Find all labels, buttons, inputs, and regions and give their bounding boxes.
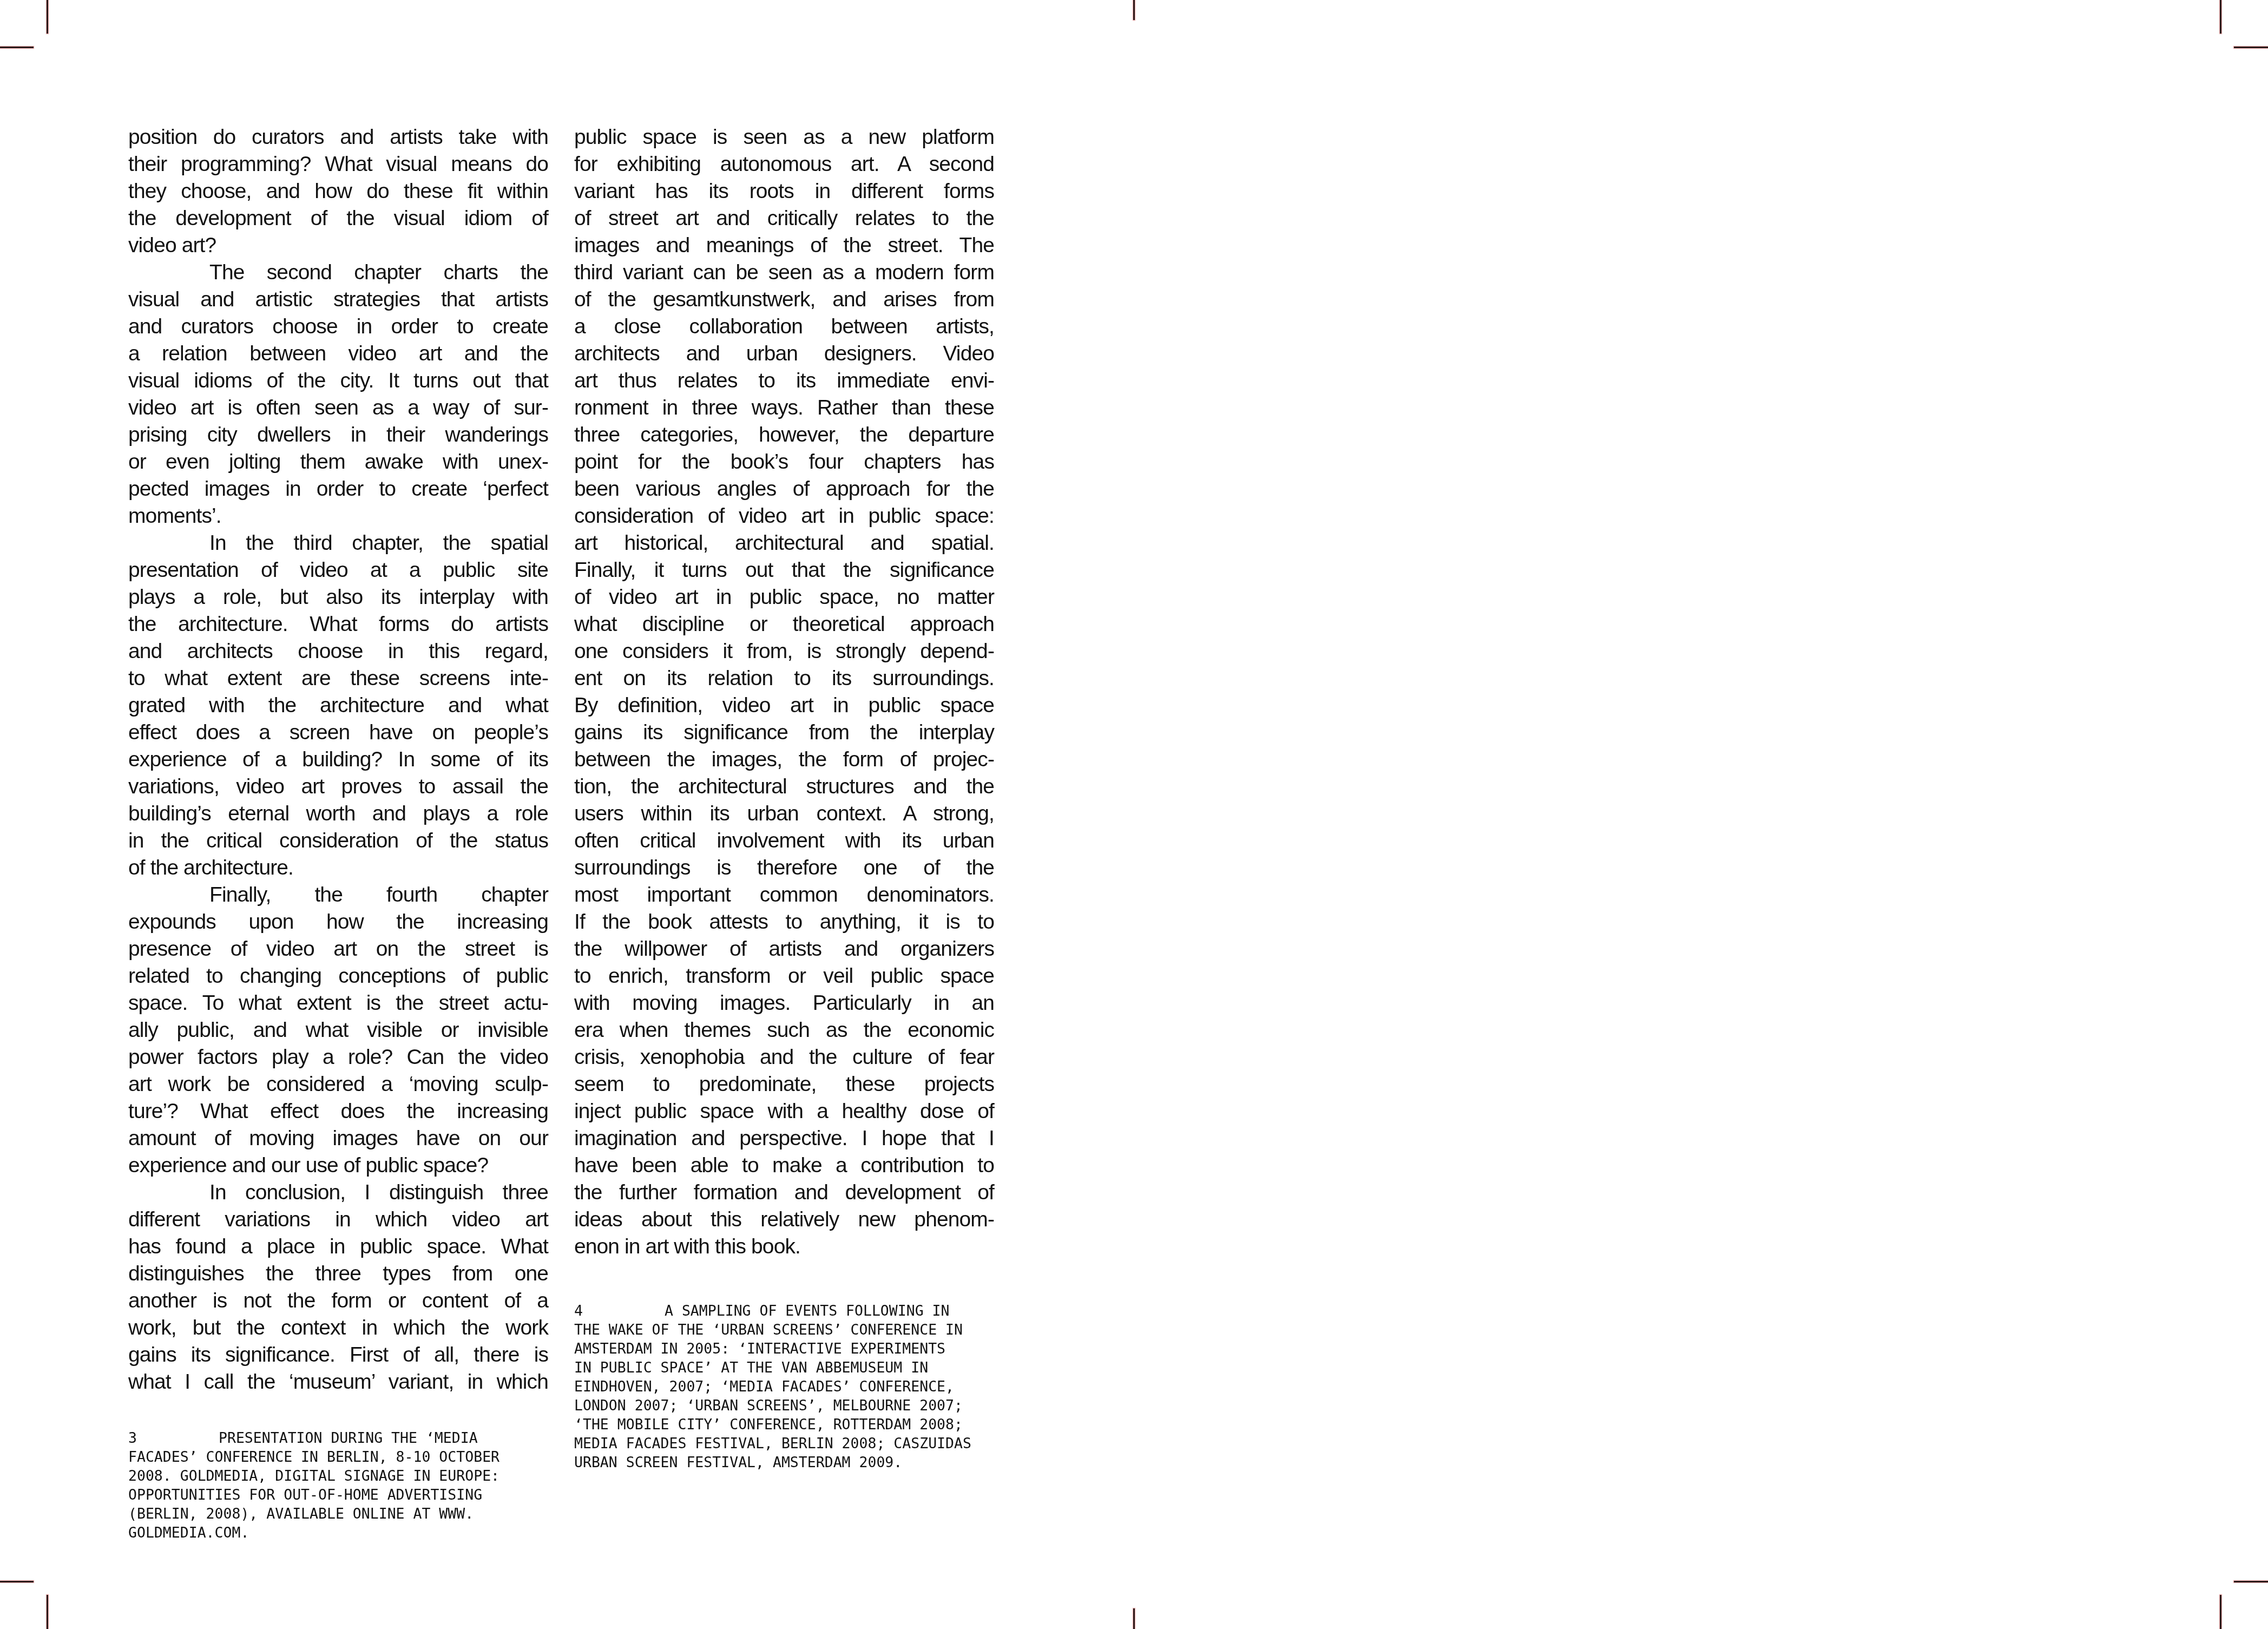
text-line: architects and urban designers. Video xyxy=(574,340,994,367)
left-text-column: position do curators and artists take wi… xyxy=(128,124,548,1396)
crop-mark-bottom-right-horizontal xyxy=(2234,1581,2268,1582)
text-line: Finally, it turns out that the significa… xyxy=(574,557,994,584)
footnote-line: EINDHOVEN, 2007; ‘MEDIA FACADES’ CONFERE… xyxy=(574,1377,994,1396)
text-line: been various angles of approach for the xyxy=(574,476,994,503)
text-line: visual idioms of the city. It turns out … xyxy=(128,367,548,395)
text-line: In the third chapter, the spatial xyxy=(128,530,548,557)
text-line: building’s eternal worth and plays a rol… xyxy=(128,800,548,827)
text-line: images and meanings of the street. The xyxy=(574,232,994,259)
text-line: experience of a building? In some of its xyxy=(128,746,548,773)
text-line: and curators choose in order to create xyxy=(128,313,548,340)
text-line: has found a place in public space. What xyxy=(128,1233,548,1260)
crop-mark-top-right-vertical xyxy=(2220,0,2221,34)
text-line: power factors play a role? Can the video xyxy=(128,1044,548,1071)
text-line: space. To what extent is the street actu… xyxy=(128,990,548,1017)
text-line: what discipline or theoretical approach xyxy=(574,611,994,638)
text-line: for exhibiting autonomous art. A second xyxy=(574,151,994,178)
text-line: By definition, video art in public space xyxy=(574,692,994,719)
text-line: era when themes such as the economic xyxy=(574,1017,994,1044)
text-line: between the images, the form of projec- xyxy=(574,746,994,773)
text-line: imagination and perspective. I hope that… xyxy=(574,1125,994,1152)
text-line: prising city dwellers in their wandering… xyxy=(128,422,548,449)
text-line: enon in art with this book. xyxy=(574,1233,994,1260)
text-line: or even jolting them awake with unex- xyxy=(128,449,548,476)
text-line: a relation between video art and the xyxy=(128,340,548,367)
text-line: in the critical consideration of the sta… xyxy=(128,827,548,855)
text-line: the development of the visual idiom of xyxy=(128,205,548,232)
crop-mark-bottom-left-vertical xyxy=(47,1595,48,1629)
footnote-number: 4 xyxy=(574,1302,665,1321)
footnote-line: 4A SAMPLING OF EVENTS FOLLOWING IN xyxy=(574,1302,994,1321)
text-line: experience and our use of public space? xyxy=(128,1152,548,1179)
footnote-line: AMSTERDAM IN 2005: ‘INTERACTIVE EXPERIME… xyxy=(574,1339,994,1358)
text-line: Finally, the fourth chapter xyxy=(128,882,548,909)
footnote-line: (BERLIN, 2008), AVAILABLE ONLINE AT WWW. xyxy=(128,1505,548,1523)
text-line: seem to predominate, these projects xyxy=(574,1071,994,1098)
text-line: art historical, architectural and spatia… xyxy=(574,530,994,557)
text-line: inject public space with a healthy dose … xyxy=(574,1098,994,1125)
footnote-line: URBAN SCREEN FESTIVAL, AMSTERDAM 2009. xyxy=(574,1453,994,1472)
text-line: ideas about this relatively new phenom- xyxy=(574,1206,994,1233)
text-line: gains its significance. First of all, th… xyxy=(128,1342,548,1369)
text-line: tion, the architectural structures and t… xyxy=(574,773,994,800)
text-line: the further formation and development of xyxy=(574,1179,994,1206)
footnote-line: 2008. GOLDMEDIA, DIGITAL SIGNAGE IN EURO… xyxy=(128,1467,548,1486)
text-line: variations, video art proves to assail t… xyxy=(128,773,548,800)
footnote-line: FACADES’ CONFERENCE IN BERLIN, 8-10 OCTO… xyxy=(128,1448,548,1467)
text-line: work, but the context in which the work xyxy=(128,1315,548,1342)
footnote-line: GOLDMEDIA.COM. xyxy=(128,1523,548,1542)
text-line: In conclusion, I distinguish three xyxy=(128,1179,548,1206)
text-line: of video art in public space, no matter xyxy=(574,584,994,611)
text-line: The second chapter charts the xyxy=(128,259,548,286)
text-line: a close collaboration between artists, xyxy=(574,313,994,340)
footnote-3: 3PRESENTATION DURING THE ‘MEDIA FACADES’… xyxy=(128,1429,548,1542)
crop-mark-top-left-horizontal xyxy=(0,47,34,48)
text-line: presence of video art on the street is xyxy=(128,936,548,963)
text-line: presentation of video at a public site xyxy=(128,557,548,584)
text-line: ally public, and what visible or invisib… xyxy=(128,1017,548,1044)
text-line: consideration of video art in public spa… xyxy=(574,503,994,530)
footnote-line: THE WAKE OF THE ‘URBAN SCREENS’ CONFEREN… xyxy=(574,1321,994,1339)
text-line: video art is often seen as a way of sur- xyxy=(128,395,548,422)
text-line: crisis, xenophobia and the culture of fe… xyxy=(574,1044,994,1071)
text-line: their programming? What visual means do xyxy=(128,151,548,178)
footnote-number: 3 xyxy=(128,1429,219,1448)
text-line: public space is seen as a new platform xyxy=(574,124,994,151)
crop-mark-bottom-right-vertical xyxy=(2220,1595,2221,1629)
text-line: the willpower of artists and organizers xyxy=(574,936,994,963)
text-line: to what extent are these screens inte- xyxy=(128,665,548,692)
footnote-line: MEDIA FACADES FESTIVAL, BERLIN 2008; CAS… xyxy=(574,1434,994,1453)
text-line: and architects choose in this regard, xyxy=(128,638,548,665)
text-line: one considers it from, is strongly depen… xyxy=(574,638,994,665)
text-line: of street art and critically relates to … xyxy=(574,205,994,232)
text-line: of the architecture. xyxy=(128,855,548,882)
crop-mark-bottom-center xyxy=(1133,1608,1135,1629)
text-line: ture’? What effect does the increasing xyxy=(128,1098,548,1125)
footnote-line: ‘THE MOBILE CITY’ CONFERENCE, ROTTERDAM … xyxy=(574,1415,994,1434)
text-line: moments’. xyxy=(128,503,548,530)
text-line: plays a role, but also its interplay wit… xyxy=(128,584,548,611)
text-line: variant has its roots in different forms xyxy=(574,178,994,205)
text-line: If the book attests to anything, it is t… xyxy=(574,909,994,936)
text-line: users within its urban context. A strong… xyxy=(574,800,994,827)
text-line: the architecture. What forms do artists xyxy=(128,611,548,638)
crop-mark-top-center xyxy=(1133,0,1135,20)
footnote-4: 4A SAMPLING OF EVENTS FOLLOWING IN THE W… xyxy=(574,1302,994,1472)
text-line: effect does a screen have on people’s xyxy=(128,719,548,746)
text-line: art work be considered a ‘moving sculp- xyxy=(128,1071,548,1098)
text-line: ent on its relation to its surroundings. xyxy=(574,665,994,692)
text-line: position do curators and artists take wi… xyxy=(128,124,548,151)
crop-mark-bottom-left-horizontal xyxy=(0,1581,34,1582)
right-text-column: public space is seen as a new platformfo… xyxy=(574,124,994,1260)
text-line: what I call the ‘museum’ variant, in whi… xyxy=(128,1369,548,1396)
text-line: three categories, however, the departure xyxy=(574,422,994,449)
text-line: art thus relates to its immediate envi- xyxy=(574,367,994,395)
text-line: visual and artistic strategies that arti… xyxy=(128,286,548,313)
text-line: most important common denominators. xyxy=(574,882,994,909)
text-line: expounds upon how the increasing xyxy=(128,909,548,936)
text-line: they choose, and how do these fit within xyxy=(128,178,548,205)
text-line: with moving images. Particularly in an xyxy=(574,990,994,1017)
text-line: another is not the form or content of a xyxy=(128,1288,548,1315)
crop-mark-top-left-vertical xyxy=(47,0,48,34)
text-line: point for the book’s four chapters has xyxy=(574,449,994,476)
footnote-line: 3PRESENTATION DURING THE ‘MEDIA xyxy=(128,1429,548,1448)
text-line: pected images in order to create ‘perfec… xyxy=(128,476,548,503)
text-line: grated with the architecture and what xyxy=(128,692,548,719)
text-line: ronment in three ways. Rather than these xyxy=(574,395,994,422)
text-line: video art? xyxy=(128,232,548,259)
text-line: different variations in which video art xyxy=(128,1206,548,1233)
crop-mark-top-right-horizontal xyxy=(2234,47,2268,48)
text-line: third variant can be seen as a modern fo… xyxy=(574,259,994,286)
text-line: amount of moving images have on our xyxy=(128,1125,548,1152)
footnote-line: IN PUBLIC SPACE’ AT THE VAN ABBEMUSEUM I… xyxy=(574,1358,994,1377)
book-spread: position do curators and artists take wi… xyxy=(0,0,2268,1629)
text-line: distinguishes the three types from one xyxy=(128,1260,548,1288)
footnote-line: OPPORTUNITIES FOR OUT-OF-HOME ADVERTISIN… xyxy=(128,1486,548,1505)
text-line: to enrich, transform or veil public spac… xyxy=(574,963,994,990)
footnote-line: LONDON 2007; ‘URBAN SCREENS’, MELBOURNE … xyxy=(574,1396,994,1415)
text-line: gains its significance from the interpla… xyxy=(574,719,994,746)
text-line: often critical involvement with its urba… xyxy=(574,827,994,855)
text-line: have been able to make a contribution to xyxy=(574,1152,994,1179)
text-line: of the gesamtkunstwerk, and arises from xyxy=(574,286,994,313)
text-line: related to changing conceptions of publi… xyxy=(128,963,548,990)
text-line: surroundings is therefore one of the xyxy=(574,855,994,882)
